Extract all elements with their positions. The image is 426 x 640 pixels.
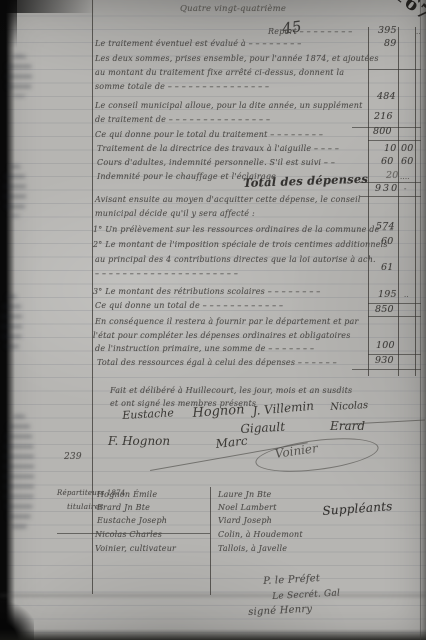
signature: Hognon — [192, 402, 245, 421]
repartiteurs-col-rule — [210, 487, 211, 595]
page-edge-rule — [420, 0, 421, 640]
ledger-line: 3° Le montant des rétributions scolaires… — [93, 287, 321, 296]
amount-chauffage: 20 — [386, 170, 399, 181]
ledger-line: Traitement de la directrice des travaux … — [97, 144, 339, 153]
ledger-line: Ce qui donne pour le total du traitement… — [95, 130, 323, 139]
ink-bleed-mark — [4, 415, 34, 530]
amount-adultes-fr: 60 — [381, 156, 394, 167]
titulaire-name: Voinier, cultivateur — [95, 544, 176, 553]
ledger-line: municipal décide qu'il y sera affecté : — [95, 209, 255, 218]
amount-separator — [368, 140, 421, 141]
ledger-line: somme totale de – – – – – – – – – – – – … — [95, 82, 269, 91]
report-label: Report – – – – – – – – — [268, 27, 352, 36]
amount-col-rule-left — [368, 27, 369, 376]
scanned-register-page: Quatre vingt-quatrième 45 167 Report – –… — [0, 0, 426, 640]
prefet-line: signé Henry — [248, 604, 312, 618]
titulaire-name: Eustache Joseph — [97, 516, 167, 525]
ledger-line: Cours d'adultes, indemnité personnelle. … — [97, 158, 335, 167]
ledger-line: Total des ressources égal à celui des dé… — [97, 358, 337, 367]
amount-col-rule-mid — [398, 27, 399, 376]
titulaire-name: Hognon Émile — [97, 490, 157, 499]
amount-separator — [368, 69, 421, 70]
signature-flourish-oval — [254, 433, 381, 478]
amount-directrice-fr: 10 — [384, 143, 397, 154]
amount-somme-totale: 484 — [377, 91, 396, 102]
amount-total-depenses-cents: - — [404, 185, 407, 193]
amount-imposition: 60 — [381, 236, 394, 247]
ledger-line: 1° Un prélèvement sur les ressources ord… — [93, 225, 393, 234]
ledger-line: au montant du traitement fixe arrêté ci-… — [95, 68, 344, 77]
ledger-line: Le conseil municipal alloue, pour la dit… — [95, 101, 363, 110]
total-depenses-label: Total des dépenses — [243, 172, 368, 190]
ledger-line: Avisant ensuite au moyen d'acquitter cet… — [95, 195, 361, 204]
scan-smudge — [0, 594, 426, 597]
amount-directrice-c: 00 — [401, 143, 414, 154]
suppleant-name: Tallois, à Javelle — [218, 544, 287, 553]
report-cents: .. — [416, 28, 421, 36]
amount-total-depenses: 930 — [375, 183, 399, 194]
signature: J. Villemin — [252, 399, 315, 418]
titulaire-name: Erard Jn Bte — [97, 503, 150, 512]
signature: F. Hognon — [108, 434, 170, 448]
report-amount: 395 — [378, 25, 397, 36]
margin-note: 239 — [64, 452, 82, 462]
signature: Nicolas — [330, 400, 368, 413]
ledger-line: – – – – – – – – – – – – – – – – – – – – … — [95, 269, 238, 278]
amount-total-ressources: 930 — [375, 355, 394, 366]
amount-separator — [368, 316, 421, 317]
suppleant-name: Viard Joseph — [218, 516, 272, 525]
ledger-line: l'état pour compléter les dépenses ordin… — [93, 331, 351, 340]
ledger-line: 2° Le montant de l'imposition spéciale d… — [93, 240, 388, 249]
amount-retributions-cents: .. — [404, 291, 409, 299]
ledger-line: En conséquence il restera à fournir par … — [95, 317, 359, 326]
amount-col-rule-right — [415, 27, 416, 376]
ledger-line: Les deux sommes, prises ensemble, pour l… — [95, 54, 379, 63]
ledger-line: de traitement de – – – – – – – – – – – –… — [95, 115, 270, 124]
bottom-edge-shadow — [0, 629, 426, 640]
amount-separator — [352, 369, 421, 370]
ledger-line: au principal des 4 contributions directe… — [95, 255, 376, 264]
amount-adultes-c: 60 — [401, 156, 414, 167]
amount-retributions: 195 — [378, 289, 397, 300]
suppleants-label: Suppléants — [322, 499, 393, 518]
amount-separator — [360, 196, 421, 197]
amount-supplement: 216 — [374, 111, 393, 122]
ledger-line: Fait et délibéré à Huillecourt, les jour… — [110, 386, 352, 395]
titulaire-name: Nicolas Charles — [95, 530, 162, 539]
amount-chauffage-cents: .... — [400, 173, 410, 181]
prefet-line: P. le Préfet — [263, 573, 320, 587]
signature: Marc — [215, 434, 248, 451]
top-left-shadow-2 — [0, 0, 17, 48]
ledger-line: Ce qui donne un total de – – – – – – – –… — [95, 301, 283, 310]
signature: Eustache — [122, 406, 174, 422]
ledger-line: de l'instruction primaire, une somme de … — [95, 344, 314, 353]
amount-total-traitement: 800 — [373, 126, 392, 137]
suppleant-name: Laure Jn Bte — [218, 490, 271, 499]
suppleant-name: Noel Lambert — [218, 503, 277, 512]
ink-bleed-mark — [6, 55, 32, 97]
signature: Erard — [330, 419, 365, 433]
suppleant-name: Colin, à Houdemont — [218, 530, 303, 539]
amount-evaluation: 89 — [384, 38, 397, 49]
ink-bleed-mark — [2, 295, 22, 351]
ink-bleed-mark — [4, 165, 26, 217]
page-title: Quatre vingt-quatrième — [180, 4, 286, 14]
amount-etat: 100 — [376, 340, 395, 351]
amount-contributions: 61 — [381, 262, 394, 273]
amount-total-partiel: 850 — [375, 304, 394, 315]
ledger-line: Le traitement éventuel est évalué à – – … — [95, 39, 301, 48]
prefet-line: Le Secrét. Gal — [272, 588, 340, 602]
amount-prelevement: 574 — [376, 221, 395, 232]
